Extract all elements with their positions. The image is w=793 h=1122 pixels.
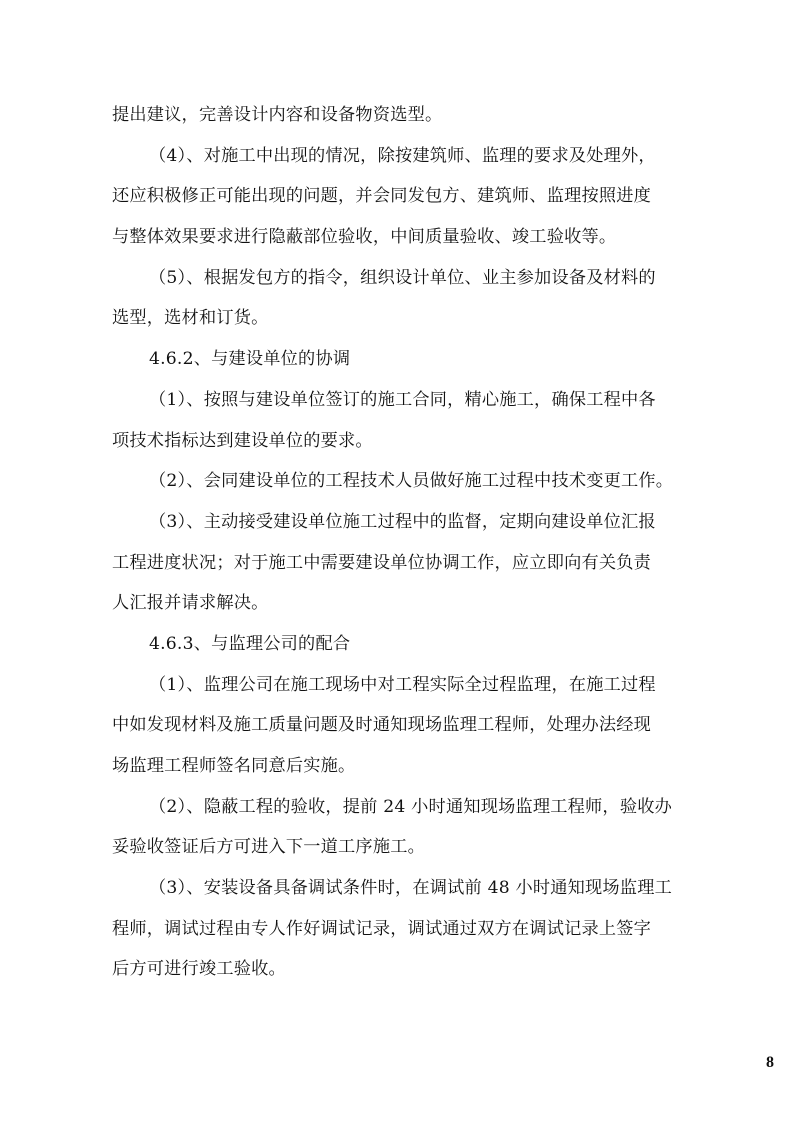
text-line: 选型，选材和订货。 <box>112 302 702 343</box>
paragraph-item-2: （2）、会同建设单位的工程技术人员做好施工过程中技术变更工作。 <box>112 465 702 506</box>
section-heading-4-6-2: 4.6.2、与建设单位的协调 <box>112 343 702 384</box>
text-line: 后方可进行竣工验收。 <box>112 953 702 994</box>
section-heading-4-6-3: 4.6.3、与监理公司的配合 <box>112 628 702 669</box>
paragraph-item-5: （5）、根据发包方的指令，组织设计单位、业主参加设备及材料的 <box>112 262 702 303</box>
text-line: 场监理工程师签名同意后实施。 <box>112 750 702 791</box>
text-line: 项技术指标达到建设单位的要求。 <box>112 425 702 466</box>
paragraph-item-3: （3）、主动接受建设单位施工过程中的监督，定期向建设单位汇报 <box>112 506 702 547</box>
paragraph-item-4: （4）、对施工中出现的情况，除按建筑师、监理的要求及处理外， <box>112 140 702 181</box>
text-line: 人汇报并请求解决。 <box>112 587 702 628</box>
document-page: 提出建议，完善设计内容和设备物资选型。 （4）、对施工中出现的情况，除按建筑师、… <box>0 0 793 1122</box>
text-line: 提出建议，完善设计内容和设备物资选型。 <box>112 99 702 140</box>
paragraph-item-1: （1）、监理公司在施工现场中对工程实际全过程监理，在施工过程 <box>112 669 702 710</box>
text-line: 工程进度状况；对于施工中需要建设单位协调工作，应立即向有关负责 <box>112 547 702 588</box>
text-line: 程师，调试过程由专人作好调试记录，调试通过双方在调试记录上签字 <box>112 913 702 954</box>
text-line: 中如发现材料及施工质量问题及时通知现场监理工程师，处理办法经现 <box>112 709 702 750</box>
text-line: 与整体效果要求进行隐蔽部位验收，中间质量验收、竣工验收等。 <box>112 221 702 262</box>
paragraph-item-2: （2）、隐蔽工程的验收，提前 24 小时通知现场监理工程师，验收办 <box>112 791 702 832</box>
paragraph-item-3: （3）、安装设备具备调试条件时，在调试前 48 小时通知现场监理工 <box>112 872 702 913</box>
paragraph-item-1: （1）、按照与建设单位签订的施工合同，精心施工，确保工程中各 <box>112 384 702 425</box>
text-line: 妥验收签证后方可进入下一道工序施工。 <box>112 831 702 872</box>
page-number: 8 <box>766 1054 774 1072</box>
text-line: 还应积极修正可能出现的问题，并会同发包方、建筑师、监理按照进度 <box>112 180 702 221</box>
body-text: 提出建议，完善设计内容和设备物资选型。 （4）、对施工中出现的情况，除按建筑师、… <box>112 99 702 994</box>
